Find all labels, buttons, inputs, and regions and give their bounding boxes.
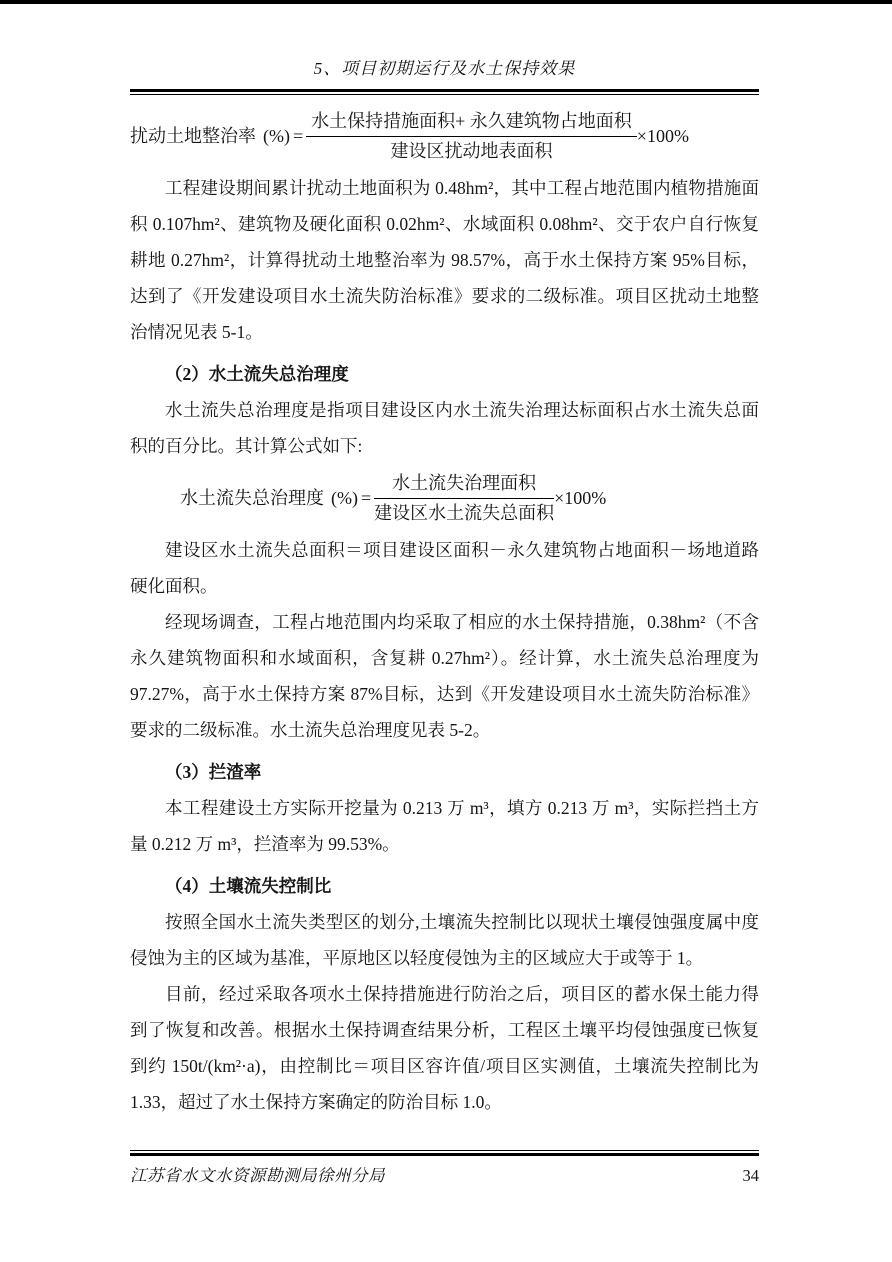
paragraph-slag-retention: 本工程建设土方实际开挖量为 0.213 万 m³，填方 0.213 万 m³，实… xyxy=(130,790,759,862)
page-footer: 江苏省水文水资源勘测局徐州分局 34 xyxy=(130,1150,759,1186)
footer-organization: 江苏省水文水资源勘测局徐州分局 xyxy=(130,1162,385,1186)
formula-times-100: ×100% xyxy=(637,125,689,148)
formula-fraction: 水土保持措施面积+ 永久建筑物占地面积 建设区扰动地表面积 xyxy=(306,110,637,162)
paragraph-disturbed-land-result: 工程建设期间累计扰动土地面积为 0.48hm²，其中工程占地范围内植物措施面积 … xyxy=(130,170,759,350)
formula-percent-sign: (%) xyxy=(331,487,358,510)
page-content: 5、项目初期运行及水土保持效果 扰动土地整治率 (%) = 水土保持措施面积+ … xyxy=(130,0,759,1120)
section-heading-4: （4）土壤流失控制比 xyxy=(130,868,759,904)
fraction-numerator: 水土保持措施面积+ 永久建筑物占地面积 xyxy=(306,110,637,137)
paragraph-total-control-result: 经现场调查，工程占地范围内均采取了相应的水土保持措施，0.38hm²（不含永久建… xyxy=(130,604,759,748)
paragraph-total-control-intro: 水土流失总治理度是指项目建设区内水土流失治理达标面积占水土流失总面积的百分比。其… xyxy=(130,392,759,464)
formula-disturbed-land-rate: 扰动土地整治率 (%) = 水土保持措施面积+ 永久建筑物占地面积 建设区扰动地… xyxy=(130,110,759,162)
footer-page-number: 34 xyxy=(743,1166,760,1186)
paragraph-total-area-definition: 建设区水土流失总面积＝项目建设区面积－永久建筑物占地面积－场地道路硬化面积。 xyxy=(130,532,759,604)
fraction-numerator: 水土流失治理面积 xyxy=(374,472,554,499)
fraction-denominator: 建设区水土流失总面积 xyxy=(374,499,554,525)
formula-equals-sign: = xyxy=(361,487,371,510)
running-header-title: 5、项目初期运行及水土保持效果 xyxy=(130,56,759,82)
footer-row: 江苏省水文水资源勘测局徐州分局 34 xyxy=(130,1156,759,1186)
formula-equals-sign: = xyxy=(293,125,303,148)
formula-fraction: 水土流失治理面积 建设区水土流失总面积 xyxy=(374,472,554,524)
section-heading-2: （2）水土流失总治理度 xyxy=(130,356,759,392)
formula-lhs: 扰动土地整治率 xyxy=(130,125,256,148)
paragraph-soil-loss-basis: 按照全国水土流失类型区的划分,土壤流失控制比以现状土壤侵蚀强度属中度侵蚀为主的区… xyxy=(130,904,759,976)
formula-percent-sign: (%) xyxy=(263,125,290,148)
header-double-rule xyxy=(130,89,759,95)
section-heading-3: （3）拦渣率 xyxy=(130,754,759,790)
fraction-denominator: 建设区扰动地表面积 xyxy=(306,137,637,163)
formula-times-100: ×100% xyxy=(554,487,606,510)
formula-total-control-degree: 水土流失总治理度 (%) = 水土流失治理面积 建设区水土流失总面积 ×100% xyxy=(130,472,759,524)
document-page: 5、项目初期运行及水土保持效果 扰动土地整治率 (%) = 水土保持措施面积+ … xyxy=(0,0,892,1262)
paragraph-soil-loss-result: 目前，经过采取各项水土保持措施进行防治之后，项目区的蓄水保土能力得到了恢复和改善… xyxy=(130,976,759,1120)
formula-lhs: 水土流失总治理度 xyxy=(180,487,324,510)
